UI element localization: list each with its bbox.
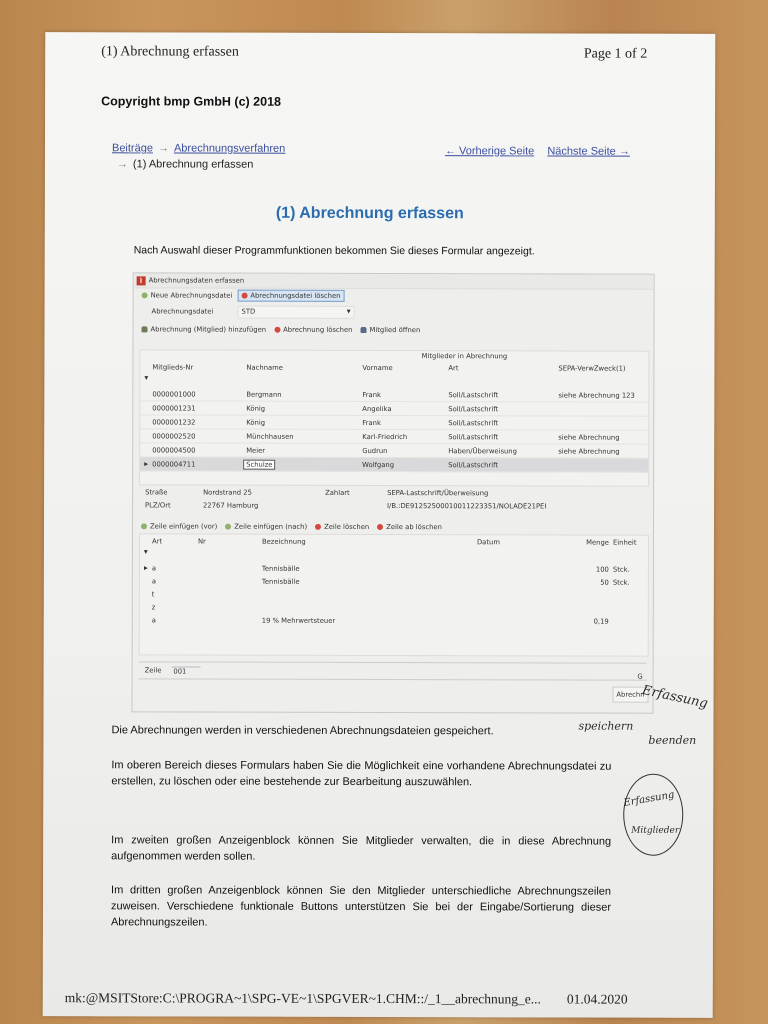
city-value: 22767 Hamburg	[203, 501, 325, 509]
row-indicator-icon: ▶	[140, 565, 152, 571]
table-cell: Stck.	[613, 565, 648, 573]
table-cell: 0000004711	[152, 460, 246, 468]
col-header[interactable]: Bezeichnung	[262, 537, 477, 546]
table-cell: Soll/Lastschrift	[448, 461, 558, 469]
table-cell: siehe Abrechnung 123	[558, 391, 648, 399]
delete-file-button[interactable]: Abrechnungsdatei löschen	[237, 290, 344, 302]
table-cell: Tennisbälle	[262, 564, 477, 573]
delete-line-button[interactable]: Zeile löschen	[312, 522, 372, 532]
col-header[interactable]: Nr	[198, 537, 262, 545]
print-footer-date: 01.04.2020	[567, 991, 628, 1006]
filter-icon[interactable]: ▼	[140, 547, 648, 562]
table-cell: 0000002520	[152, 432, 246, 440]
table-cell: Meier	[246, 446, 362, 454]
members-grid: Mitglieder in Abrechnung Mitglieds-Nr Na…	[139, 349, 649, 486]
page-nav: ← Vorherige Seite Nächste Seite →	[445, 145, 640, 158]
delete-icon	[274, 327, 280, 333]
table-row[interactable]: ▶aTennisbälle100Stck.	[140, 561, 648, 575]
table-cell: 50	[577, 578, 613, 586]
table-cell: a	[152, 577, 198, 585]
table-cell: Stck.	[613, 578, 648, 586]
lines-grid: Art Nr Bezeichnung Datum Menge Einheit ▼…	[139, 533, 649, 656]
print-footer-path: mk:@MSITStore:C:\PROGRA~1\SPG-VE~1\SPGVE…	[65, 990, 541, 1006]
table-cell: t	[152, 590, 198, 598]
handwritten-note: beenden	[648, 734, 696, 747]
city-label: PLZ/Ort	[145, 501, 203, 509]
table-cell: Frank	[362, 390, 448, 398]
lines-grid-header: Art Nr Bezeichnung Datum Menge Einheit	[140, 534, 648, 548]
handwritten-note: Mitglieder	[631, 826, 679, 836]
line-footer: Zeile 001 G	[139, 661, 647, 680]
col-header[interactable]: Datum	[477, 538, 577, 546]
chevron-down-icon: ▼	[347, 309, 351, 315]
col-header[interactable]: Einheit	[613, 538, 648, 546]
table-row[interactable]: z	[140, 600, 648, 614]
delete-icon	[377, 524, 383, 530]
table-row[interactable]: 0000001000BergmannFrankSoll/Lastschrifts…	[140, 387, 648, 402]
copyright: Copyright bmp GmbH (c) 2018	[101, 94, 281, 108]
table-cell: 0,19	[577, 617, 613, 625]
col-header[interactable]: Vorname	[362, 363, 448, 371]
table-cell	[262, 594, 477, 595]
file-select-row: Abrechnungsdatei STD▼	[134, 302, 654, 321]
line-label: Zeile	[145, 666, 162, 674]
table-cell: Soll/Lastschrift	[448, 433, 558, 441]
page-title: (1) Abrechnung erfassen	[45, 204, 695, 224]
table-row[interactable]: t	[140, 587, 648, 601]
arrow-icon: →	[117, 158, 128, 170]
printed-page: (1) Abrechnung erfassen Page 1 of 2 Copy…	[43, 32, 716, 1018]
table-row[interactable]: 0000002520MünchhausenKarl-FriedrichSoll/…	[140, 429, 648, 444]
paragraph: Die Abrechnungen werden in verschiedenen…	[111, 722, 611, 739]
truncated-label: G	[637, 673, 642, 681]
paragraph: Im dritten großen Anzeigenblock können S…	[111, 882, 611, 931]
table-row[interactable]: a19 % Mehrwertsteuer0,19	[140, 613, 648, 627]
table-cell: Soll/Lastschrift	[448, 391, 558, 399]
window-titlebar: ᚱ Abrechnungsdaten erfassen	[134, 273, 654, 289]
insert-after-label: Zeile einfügen (nach)	[234, 523, 307, 531]
table-cell: Angelika	[362, 404, 448, 412]
prev-page-link[interactable]: ← Vorherige Seite	[445, 145, 534, 157]
payment-label: Zahlart	[325, 488, 387, 496]
user-add-icon	[142, 326, 148, 332]
col-header[interactable]: Mitglieds-Nr	[152, 363, 246, 371]
print-header-page: Page 1 of 2	[584, 47, 647, 63]
table-cell: Soll/Lastschrift	[448, 419, 558, 427]
open-member-button[interactable]: Mitglied öffnen	[357, 325, 423, 335]
street-label: Straße	[145, 488, 203, 496]
table-cell: 100	[577, 565, 613, 573]
col-header[interactable]: Menge	[577, 538, 613, 546]
table-cell: 0000001232	[152, 418, 246, 426]
intro-text: Nach Auswahl dieser Programmfunktionen b…	[134, 244, 535, 257]
table-row[interactable]: 0000001231KönigAngelikaSoll/Lastschrift	[140, 401, 648, 416]
insert-before-button[interactable]: Zeile einfügen (vor)	[138, 521, 220, 531]
app-logo-icon: ᚱ	[137, 276, 146, 285]
street-value: Nordstrand 25	[203, 488, 325, 496]
handwritten-note: speichern	[578, 720, 633, 733]
delete-billing-label: Abrechnung löschen	[283, 326, 352, 334]
breadcrumb: Beiträge→Abrechnungsverfahren →(1) Abrec…	[112, 142, 285, 170]
table-cell: a	[152, 564, 198, 572]
insert-before-label: Zeile einfügen (vor)	[150, 522, 217, 530]
user-icon	[360, 327, 366, 333]
table-cell: Münchhausen	[246, 432, 362, 440]
table-row[interactable]: ▶0000004711SchulzeWolfgangSoll/Lastschri…	[140, 457, 648, 472]
add-billing-button[interactable]: Abrechnung (Mitglied) hinzufügen	[138, 324, 269, 334]
table-cell: a	[152, 616, 198, 624]
handwritten-circle	[623, 774, 683, 856]
new-file-label: Neue Abrechnungsdatei	[151, 291, 233, 299]
new-file-button[interactable]: Neue Abrechnungsdatei	[139, 290, 236, 300]
row-indicator-icon: ▶	[140, 461, 152, 467]
paragraph: Im zweiten großen Anzeigenblock können S…	[111, 832, 611, 865]
breadcrumb-link-abrechnungsverfahren[interactable]: Abrechnungsverfahren	[174, 142, 285, 154]
col-header[interactable]: SEPA-VerwZweck(1)	[558, 364, 648, 372]
add-billing-label: Abrechnung (Mitglied) hinzufügen	[151, 325, 267, 333]
table-cell	[262, 607, 477, 608]
col-header[interactable]: Art	[152, 537, 198, 545]
table-cell: Soll/Lastschrift	[448, 405, 558, 413]
delete-from-line-button[interactable]: Zeile ab löschen	[374, 522, 445, 532]
table-cell: Karl-Friedrich	[362, 432, 448, 440]
open-member-label: Mitglied öffnen	[369, 326, 420, 334]
table-cell: König	[246, 418, 362, 426]
delete-file-label: Abrechnungsdatei löschen	[250, 292, 340, 300]
plus-icon	[142, 292, 148, 298]
cell-editor[interactable]: Schulze	[243, 459, 275, 469]
plus-icon	[225, 524, 231, 530]
table-cell: Frank	[362, 418, 448, 426]
iban-value: I/B.:DE91252500010011223351/NOLADE21PEI	[387, 502, 546, 510]
filter-icon[interactable]: ▼	[140, 373, 648, 388]
table-cell: z	[152, 603, 198, 611]
file-value: STD	[242, 308, 256, 316]
table-cell: 0000001000	[152, 390, 246, 398]
table-cell: 19 % Mehrwertsteuer	[262, 616, 477, 625]
table-cell: 0000001231	[152, 404, 246, 412]
next-page-link[interactable]: Nächste Seite →	[547, 145, 630, 157]
table-cell: Wolfgang	[362, 460, 448, 468]
table-cell: Haben/Überweisung	[448, 447, 558, 455]
col-header[interactable]: Art	[448, 364, 558, 372]
line-number-field[interactable]: 001	[171, 666, 200, 675]
payment-value: SEPA-Lastschrift/Überweisung	[387, 489, 488, 497]
table-cell: Tennisbälle	[262, 577, 477, 586]
table-cell: siehe Abrechnung	[558, 447, 648, 455]
delete-billing-button[interactable]: Abrechnung löschen	[271, 325, 355, 335]
member-toolbar: Abrechnung (Mitglied) hinzufügen Abrechn…	[133, 322, 653, 337]
table-cell: Bergmann	[246, 390, 362, 398]
insert-after-button[interactable]: Zeile einfügen (nach)	[222, 522, 310, 532]
delete-from-line-label: Zeile ab löschen	[386, 523, 442, 531]
members-grid-header: Mitglieds-Nr Nachname Vorname Art SEPA-V…	[140, 360, 648, 374]
form-screenshot: ᚱ Abrechnungsdaten erfassen Neue Abrechn…	[132, 272, 655, 713]
table-row[interactable]: 0000004500MeierGudrunHaben/Überweisungsi…	[140, 443, 648, 458]
col-header[interactable]: Nachname	[246, 363, 362, 371]
delete-icon	[315, 524, 321, 530]
table-cell: Gudrun	[362, 446, 448, 454]
table-cell: 0000004500	[152, 446, 246, 454]
file-label: Abrechnungsdatei	[152, 307, 238, 315]
paragraph: Im oberen Bereich dieses Formulars haben…	[111, 757, 611, 790]
member-address: Straße Nordstrand 25 Zahlart SEPA-Lastsc…	[139, 485, 647, 516]
breadcrumb-current: (1) Abrechnung erfassen	[133, 158, 253, 170]
breadcrumb-link-beitraege[interactable]: Beiträge	[112, 142, 153, 154]
delete-icon	[241, 293, 247, 299]
plus-icon	[141, 523, 147, 529]
table-cell: siehe Abrechnung	[558, 433, 648, 441]
table-row[interactable]: 0000001232KönigFrankSoll/Lastschrift	[140, 415, 648, 430]
line-toolbar: Zeile einfügen (vor) Zeile einfügen (nac…	[133, 519, 447, 534]
print-header-title: (1) Abrechnung erfassen	[101, 44, 239, 60]
delete-line-label: Zeile löschen	[324, 523, 369, 531]
arrow-icon: →	[158, 142, 169, 154]
window-title: Abrechnungsdaten erfassen	[149, 276, 245, 284]
file-dropdown[interactable]: STD▼	[238, 305, 355, 318]
print-footer: mk:@MSITStore:C:\PROGRA~1\SPG-VE~1\SPGVE…	[65, 990, 628, 1007]
table-row[interactable]: aTennisbälle50Stck.	[140, 574, 648, 588]
file-toolbar: Neue Abrechnungsdatei Abrechnungsdatei l…	[134, 288, 654, 303]
table-cell: König	[246, 404, 362, 412]
